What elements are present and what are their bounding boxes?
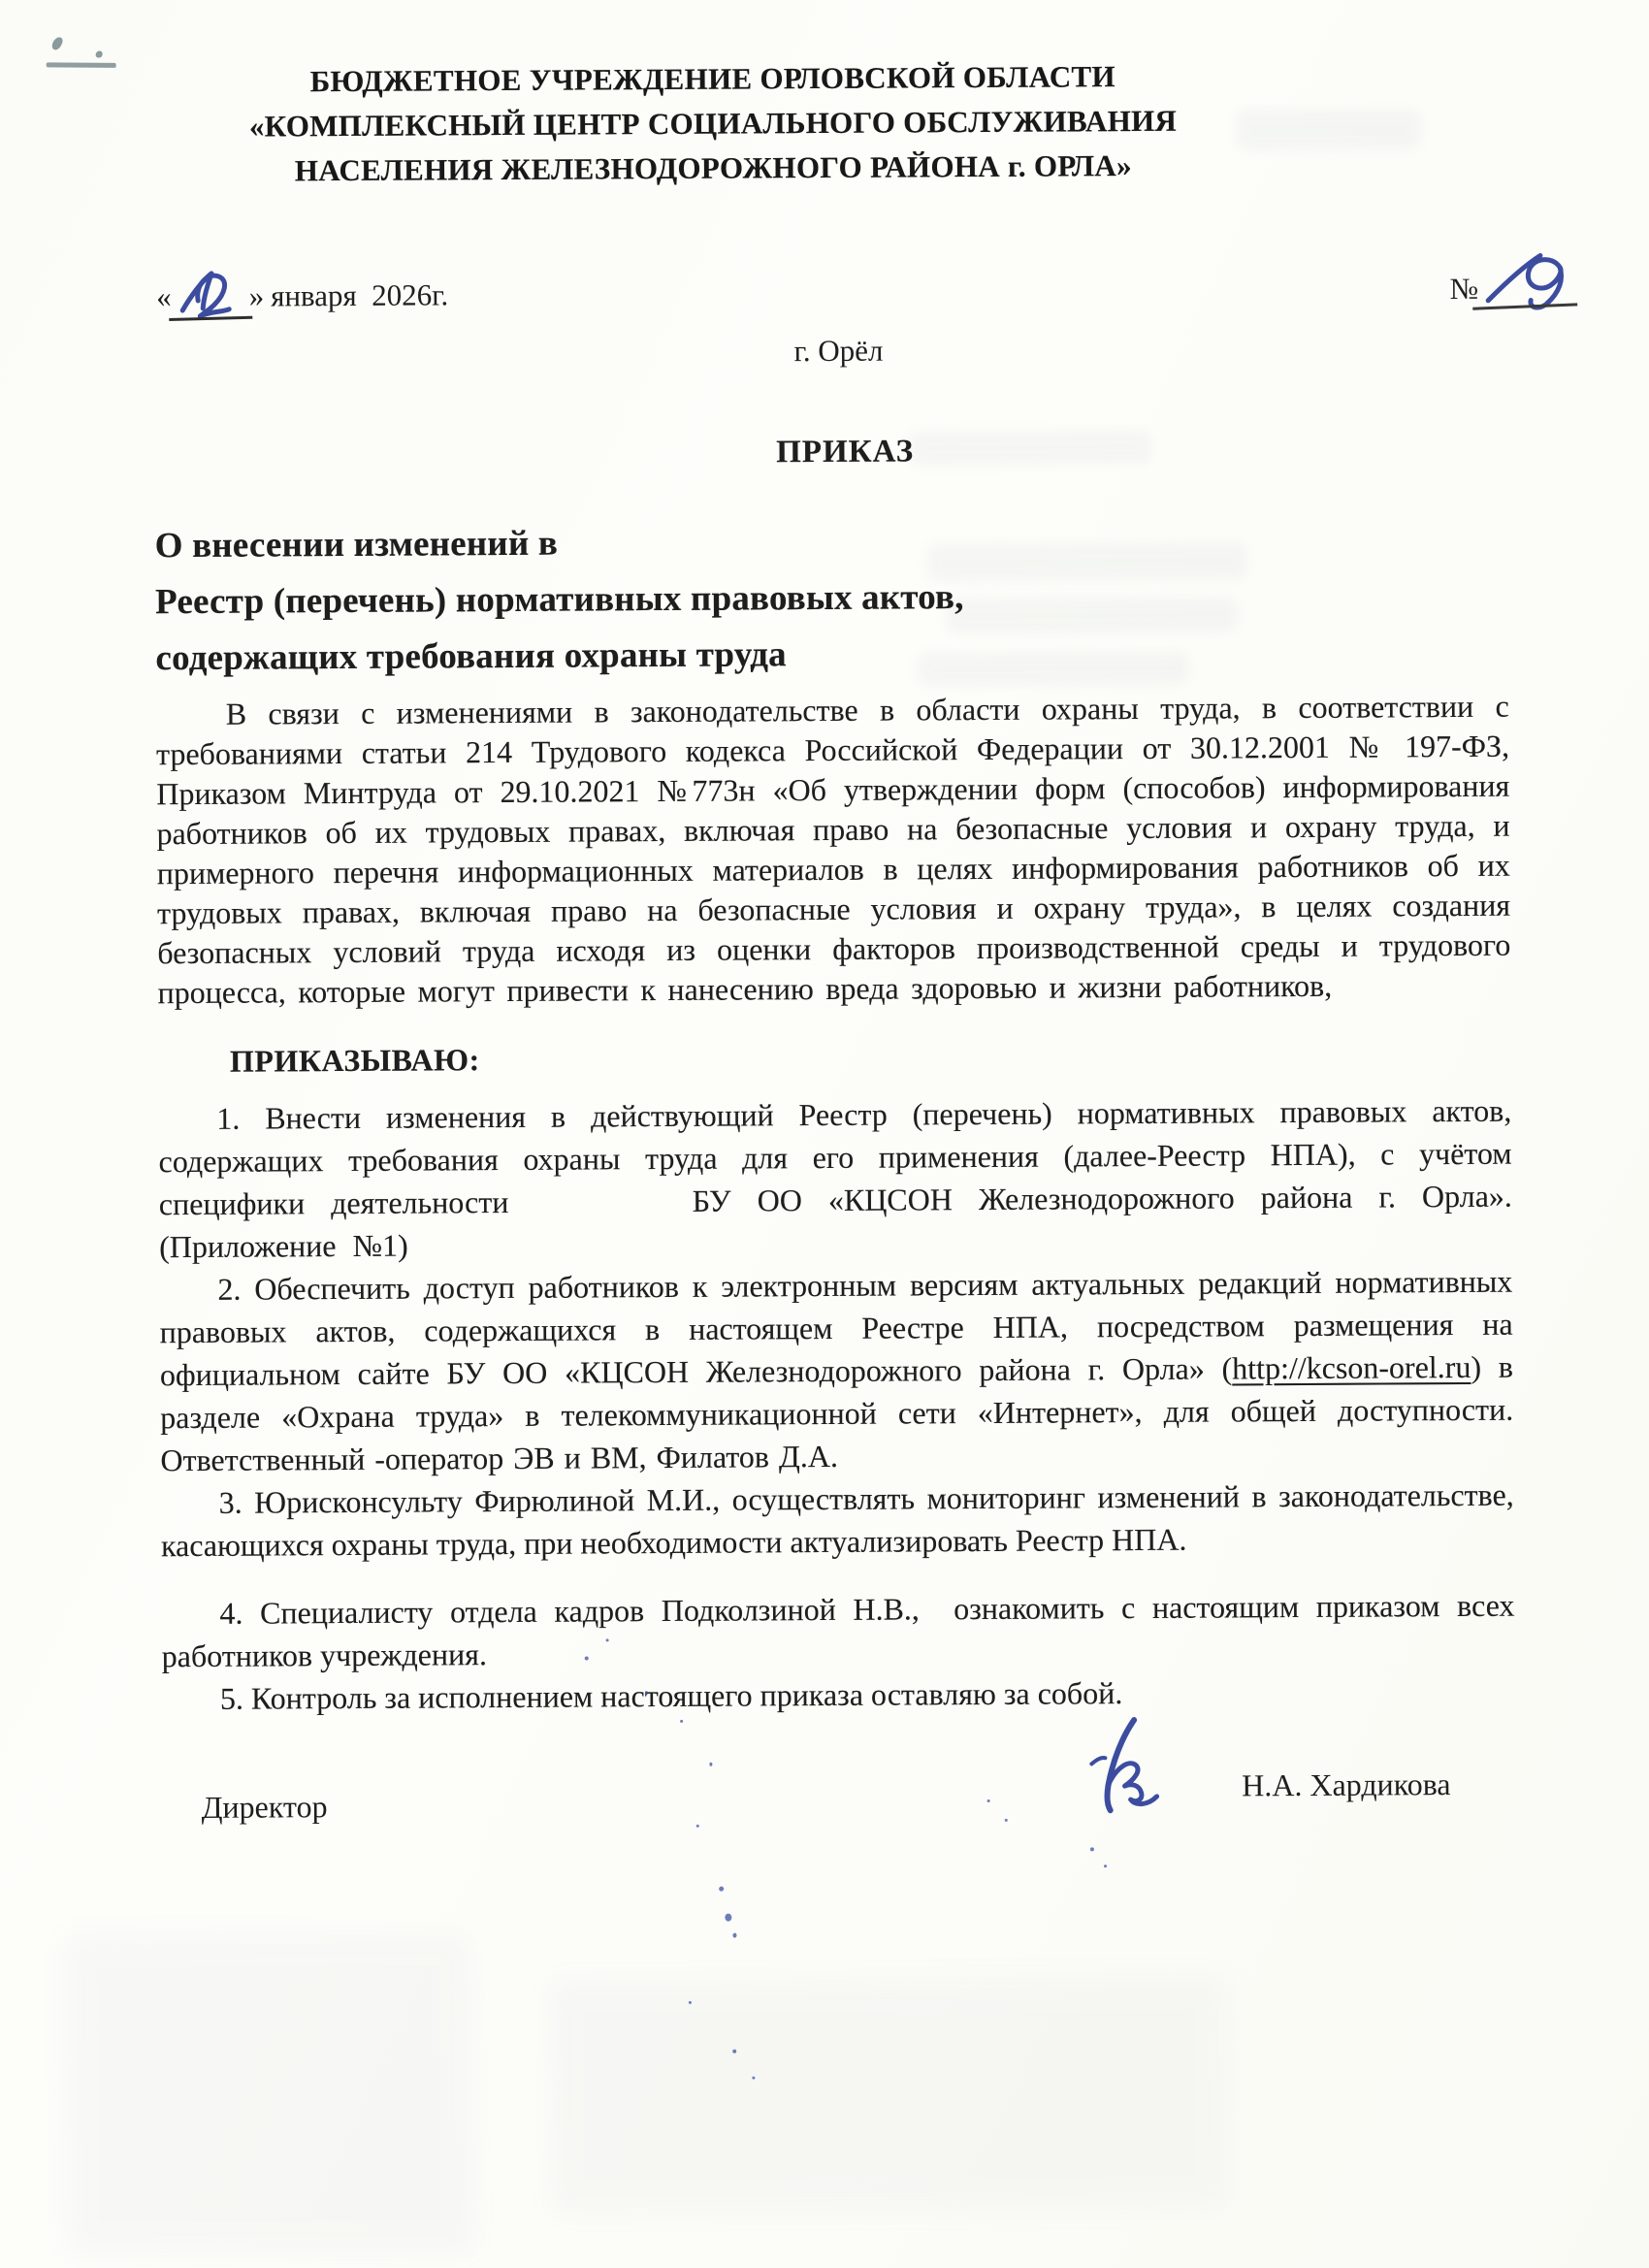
ink-speck [1005, 1819, 1008, 1822]
ink-speck [585, 1657, 589, 1661]
scan-bleed-artifact [550, 1976, 1230, 2213]
ink-speck [752, 2076, 755, 2079]
scan-artifact-speck [50, 36, 64, 51]
org-header: БЮДЖЕТНОЕ УЧРЕЖДЕНИЕ ОРЛОВСКОЙ ОБЛАСТИ «… [0, 52, 1431, 195]
ink-speck [606, 1638, 609, 1641]
date-text: января 2026г. [271, 277, 448, 313]
order-item-1: 1. Внести изменения в действующий Реестр… [158, 1089, 1512, 1269]
title-line-1: О внесении изменений в [155, 513, 964, 574]
title-line-2: Реестр (перечень) нормативных правовых а… [155, 569, 964, 631]
ink-speck [725, 1914, 731, 1922]
signee-name: Н.А. Хардикова [1242, 1766, 1451, 1819]
site-link: http://kcson-orel.ru [1232, 1349, 1471, 1386]
order-title: О внесении изменений в Реестр (перечень)… [155, 513, 965, 687]
title-line-3: содержащих требования охраны труда [155, 626, 964, 687]
order-item-3: 3. Юрисконсульту Фирюлиной М.И., осущест… [161, 1474, 1515, 1568]
handwritten-day-ink [174, 268, 242, 322]
date-number-row: « 12 » января 2026г. № 19 [156, 249, 1569, 314]
ink-speck [987, 1799, 990, 1802]
handwritten-number-ink [1482, 249, 1571, 310]
order-intro: В связи с изменениями в законодательстве… [156, 687, 1511, 1014]
ink-speck [719, 1887, 724, 1892]
ink-speck [689, 2001, 692, 2004]
scan-artifact-speck [96, 51, 103, 58]
scanned-order-page: БЮДЖЕТНОЕ УЧРЕЖДЕНИЕ ОРЛОВСКОЙ ОБЛАСТИ «… [0, 0, 1649, 2268]
ink-speck [696, 1825, 699, 1828]
handwritten-number: 19 [1488, 249, 1569, 307]
opening-quote: « [156, 279, 172, 314]
order-item-5: 5. Контроль за исполнением настоящего пр… [162, 1669, 1515, 1721]
city-line: г. Орёл [0, 329, 1649, 374]
ink-speck [1090, 1847, 1094, 1851]
order-body: В связи с изменениями в законодательстве… [156, 687, 1516, 1826]
scan-bleed-artifact [64, 1932, 473, 2255]
number-field: № 19 [1449, 249, 1569, 307]
date-field: « 12 » января 2026г. [156, 264, 448, 314]
doc-type-heading: ПРИКАЗ [0, 430, 1649, 476]
ink-speck [680, 1720, 683, 1723]
number-label: № [1449, 272, 1478, 307]
order-item-2: 2. Обеспечить доступ работников к электр… [159, 1260, 1513, 1482]
signature-row: Директор Н.А. Хардикова [163, 1782, 1516, 1827]
closing-quote: » [249, 279, 265, 314]
position-label: Директор [202, 1789, 328, 1826]
ink-speck [709, 1763, 712, 1766]
org-name-line-3: НАСЕЛЕНИЯ ЖЕЛЕЗНОДОРОЖНОГО РАЙОНА г. ОРЛ… [0, 142, 1431, 195]
signature-mark [1072, 1715, 1168, 1821]
ink-speck [1104, 1864, 1107, 1867]
scan-bleed-artifact [947, 597, 1238, 633]
ink-speck [645, 1691, 648, 1695]
ink-speck [732, 1933, 736, 1938]
ink-speck [732, 2050, 736, 2054]
scan-bleed-artifact [927, 542, 1247, 581]
resolution-heading: ПРИКАЗЫВАЮ: [158, 1034, 1511, 1083]
order-item-4: 4. Специалисту отдела кадров Подколзиной… [161, 1584, 1515, 1678]
handwritten-day: 12 [178, 266, 242, 314]
